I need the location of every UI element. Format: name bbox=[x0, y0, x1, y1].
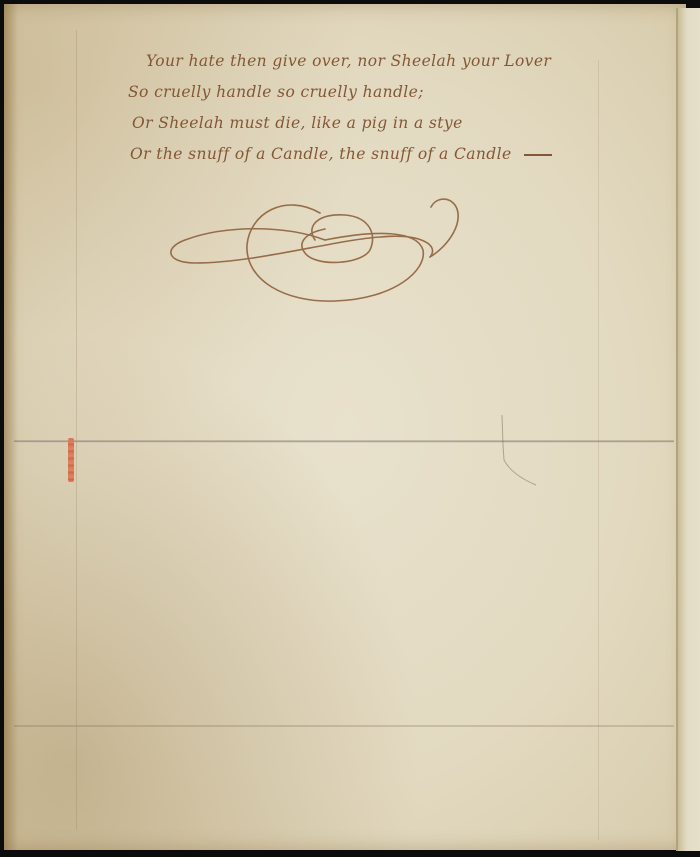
verse-line-2: So cruelly handle so cruelly handle; bbox=[128, 77, 608, 108]
vertical-fold-line-right bbox=[598, 60, 599, 840]
page-edge-stain bbox=[4, 4, 18, 850]
adjacent-leaf-edge bbox=[676, 8, 700, 851]
verse-line-4: Or the snuff of a Candle, the snuff of a… bbox=[128, 139, 608, 170]
verse-text: Your hate then give over, nor Sheelah yo… bbox=[128, 46, 608, 170]
verse-line-4-text: Or the snuff of a Candle, the snuff of a… bbox=[130, 145, 512, 163]
red-wax-mark bbox=[68, 438, 74, 482]
closing-dash bbox=[524, 154, 552, 156]
verse-line-3: Or Sheelah must die, like a pig in a sty… bbox=[128, 108, 608, 139]
verse-line-1: Your hate then give over, nor Sheelah yo… bbox=[128, 46, 608, 77]
vertical-fold-line-left bbox=[76, 30, 77, 830]
lower-fold-line bbox=[14, 725, 674, 727]
horizontal-fold-line bbox=[14, 440, 674, 443]
calligraphic-flourish-icon bbox=[165, 185, 465, 310]
paper-crack bbox=[500, 415, 540, 495]
